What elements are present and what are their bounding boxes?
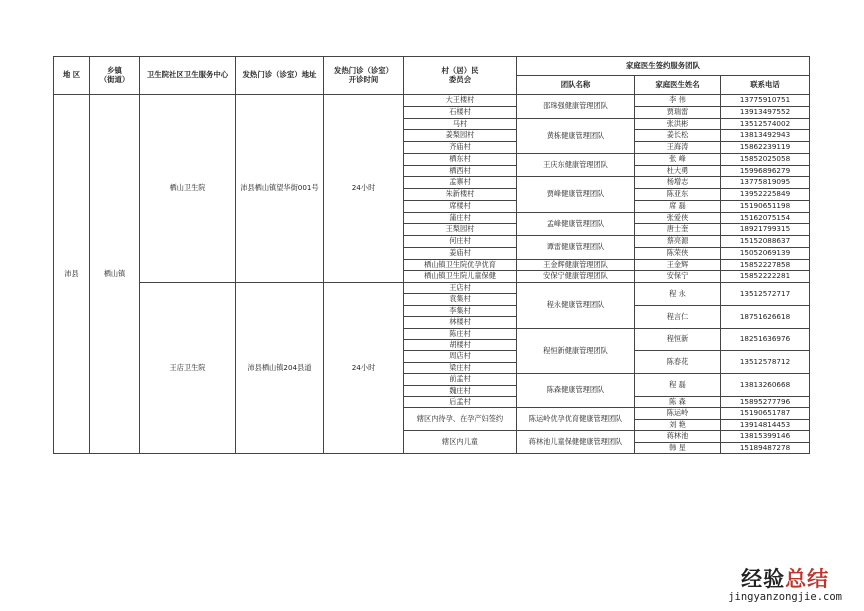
team-name-cell: 程恒新健康管理团队: [516, 328, 635, 374]
doctor-name-cell: 韩 星: [634, 442, 721, 454]
doctor-name-cell: 程 磊: [634, 373, 721, 397]
header-doctor-name: 家庭医生姓名: [634, 75, 721, 95]
watermark-url: jingyanzongjie.com: [728, 591, 842, 603]
watermark-text-a: 经验: [741, 567, 785, 591]
doctor-team-table: 地 区乡镇 （街道）卫生院社区卫生服务中心发热门诊（诊室）地址发热门诊（诊室） …: [0, 0, 864, 611]
doctor-phone-cell: 18251636976: [720, 328, 810, 351]
header-service-team: 家庭医生签约服务团队: [516, 56, 810, 76]
header-center: 卫生院社区卫生服务中心: [139, 56, 236, 95]
center-hours: 24小时: [323, 94, 404, 283]
center-address: 沛县栖山镇204县道: [235, 282, 324, 454]
doctor-name-cell: 程言仁: [634, 305, 721, 329]
header-phone: 联系电话: [720, 75, 810, 95]
doctor-phone-cell: 13813260668: [720, 373, 810, 397]
team-name-cell: 孟峰健康管理团队: [516, 212, 635, 236]
watermark: 经验总结 jingyanzongjie.com: [728, 563, 842, 603]
team-name-cell: 陈森健康管理团队: [516, 373, 635, 408]
team-name-cell: 邵珠强健康管理团队: [516, 94, 635, 119]
team-name-cell: 陈运岭优孕优育健康管理团队: [516, 407, 635, 431]
team-name-cell: 王庆东健康管理团队: [516, 153, 635, 177]
team-name-cell: 贾峰健康管理团队: [516, 176, 635, 213]
watermark-text-b: 总结: [785, 567, 829, 591]
center-address: 沛县栖山镇望华街001号: [235, 94, 324, 283]
header-village: 村（居）民 委员会: [403, 56, 517, 95]
doctor-phone-cell: 18751626618: [720, 305, 810, 329]
header-fever-address: 发热门诊（诊室）地址: [235, 56, 324, 95]
team-name-cell: 黄栋健康管理团队: [516, 118, 635, 154]
doctor-phone-cell: 13512578712: [720, 350, 810, 374]
doctor-phone-cell: 13512572717: [720, 282, 810, 306]
doctor-name-cell: 程 永: [634, 282, 721, 306]
header-fever-hours: 发热门诊（诊室） 开诊时间: [323, 56, 404, 95]
doctor-name-cell: 程恒新: [634, 328, 721, 351]
village-cell: 辖区内待孕、在孕产妇签约: [403, 407, 517, 431]
header-town: 乡镇 （街道）: [89, 56, 140, 95]
town-cell: 栖山镇: [89, 94, 140, 454]
team-name-cell: 谭雷健康管理团队: [516, 235, 635, 260]
village-cell: 辖区内儿童: [403, 430, 517, 454]
doctor-phone-cell: 15189487278: [720, 442, 810, 454]
watermark-logo: 经验总结: [728, 563, 842, 593]
team-name-cell: 蒋林池儿童保健健康管理团队: [516, 430, 635, 454]
center-name: 王店卫生院: [139, 282, 236, 454]
region-cell: 沛县: [53, 94, 90, 454]
header-team-name: 团队名称: [516, 75, 635, 95]
doctor-name-cell: 陈春花: [634, 350, 721, 374]
center-name: 栖山卫生院: [139, 94, 236, 283]
header-region: 地 区: [53, 56, 90, 95]
team-name-cell: 程永健康管理团队: [516, 282, 635, 329]
center-hours: 24小时: [323, 282, 404, 454]
